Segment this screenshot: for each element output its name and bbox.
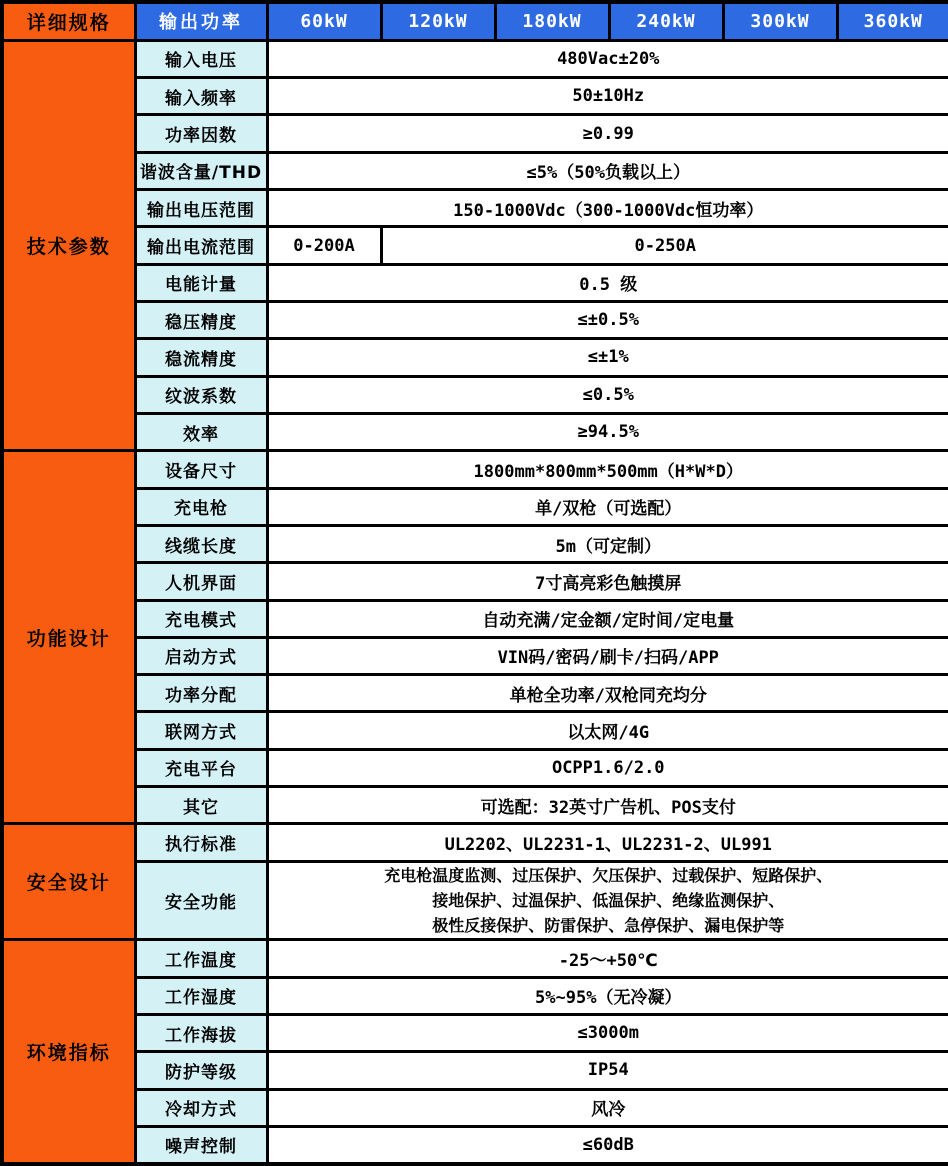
spec-row-output-current: 输出电流范围 0-200A 0-250A: [2, 227, 948, 264]
spec-row: 功能设计 设备尺寸 1800mm*800mm*500mm（H*W*D）: [2, 451, 948, 488]
row-label-cell: 谐波含量/THD: [135, 152, 267, 189]
row-value-cell: 风冷: [267, 1089, 948, 1126]
row-label-cell: 工作海拔: [135, 1015, 267, 1052]
row-value-cell: ≤5%（50%负载以上）: [267, 152, 948, 189]
power-column-180kw: 180kW: [495, 2, 609, 40]
row-label-cell: 纹波系数: [135, 376, 267, 413]
row-value-cell: 1800mm*800mm*500mm（H*W*D）: [267, 451, 948, 488]
row-value-cell: 单枪全功率/双枪同充均分: [267, 675, 948, 712]
spec-row: 其它 可选配：32英寸广告机、POS支付: [2, 787, 948, 824]
row-value-cell-60kw: 0-200A: [267, 227, 381, 264]
row-value-cell: ≤3000m: [267, 1015, 948, 1052]
section-title-technical: 技术参数: [2, 40, 135, 450]
spec-row: 线缆长度 5m（可定制）: [2, 525, 948, 562]
row-label-cell: 功率因数: [135, 115, 267, 152]
spec-row: 功率分配 单枪全功率/双枪同充均分: [2, 675, 948, 712]
header-row: 详细规格 输出功率 60kW 120kW 180kW 240kW 300kW 3…: [2, 2, 948, 40]
spec-row: 启动方式 VIN码/密码/刷卡/扫码/APP: [2, 637, 948, 674]
spec-row: 人机界面 7寸高亮彩色触摸屏: [2, 563, 948, 600]
spec-row: 谐波含量/THD ≤5%（50%负载以上）: [2, 152, 948, 189]
row-label-cell: 电能计量: [135, 264, 267, 301]
spec-row: 充电平台 OCPP1.6/2.0: [2, 749, 948, 786]
row-label-cell: 防护等级: [135, 1052, 267, 1089]
row-value-cell: ≥94.5%: [267, 413, 948, 450]
spec-row: 纹波系数 ≤0.5%: [2, 376, 948, 413]
row-value-cell: IP54: [267, 1052, 948, 1089]
power-column-360kw: 360kW: [837, 2, 948, 40]
row-value-cell: 480Vac±20%: [267, 40, 948, 77]
row-value-cell: 自动充满/定金额/定时间/定电量: [267, 600, 948, 637]
row-label-cell: 输出电压范围: [135, 190, 267, 227]
row-label-cell: 效率: [135, 413, 267, 450]
spec-row: 技术参数 输入电压 480Vac±20%: [2, 40, 948, 77]
row-label-cell: 充电模式: [135, 600, 267, 637]
row-label-cell: 稳流精度: [135, 339, 267, 376]
section-title-environment: 环境指标: [2, 940, 135, 1164]
row-label-cell: 启动方式: [135, 637, 267, 674]
spec-row: 噪声控制 ≤60dB: [2, 1126, 948, 1164]
row-label-cell: 冷却方式: [135, 1089, 267, 1126]
spec-row: 输入频率 50±10Hz: [2, 78, 948, 115]
section-title-function: 功能设计: [2, 451, 135, 824]
spec-row: 充电模式 自动充满/定金额/定时间/定电量: [2, 600, 948, 637]
corner-cell: 详细规格: [2, 2, 135, 40]
row-label-cell: 功率分配: [135, 675, 267, 712]
row-label-cell: 安全功能: [135, 861, 267, 940]
spec-row: 防护等级 IP54: [2, 1052, 948, 1089]
row-label-cell: 输入电压: [135, 40, 267, 77]
spec-row: 冷却方式 风冷: [2, 1089, 948, 1126]
safety-functions-line-3: 极性反接保护、防雷保护、急停保护、漏电保护等: [271, 913, 947, 938]
row-label-cell: 稳压精度: [135, 302, 267, 339]
row-value-cell: VIN码/密码/刷卡/扫码/APP: [267, 637, 948, 674]
power-column-60kw: 60kW: [267, 2, 381, 40]
row-value-cell: 7寸高亮彩色触摸屏: [267, 563, 948, 600]
row-value-cell: 150-1000Vdc（300-1000Vdc恒功率）: [267, 190, 948, 227]
row-label-cell: 充电平台: [135, 749, 267, 786]
row-label-cell: 人机界面: [135, 563, 267, 600]
spec-row-safety-functions: 安全功能 充电枪温度监测、过压保护、欠压保护、过载保护、短路保护、 接地保护、过…: [2, 861, 948, 940]
row-value-cell: OCPP1.6/2.0: [267, 749, 948, 786]
row-label-cell: 噪声控制: [135, 1126, 267, 1164]
row-value-cell: ≤±0.5%: [267, 302, 948, 339]
row-value-cell-multiline: 充电枪温度监测、过压保护、欠压保护、过载保护、短路保护、 接地保护、过温保护、低…: [267, 861, 948, 940]
row-label-cell: 联网方式: [135, 712, 267, 749]
power-column-120kw: 120kW: [381, 2, 495, 40]
row-value-cell: ≤60dB: [267, 1126, 948, 1164]
power-column-240kw: 240kW: [609, 2, 723, 40]
row-value-cell: 5%~95%（无冷凝）: [267, 977, 948, 1014]
spec-row: 电能计量 0.5 级: [2, 264, 948, 301]
row-value-cell: 以太网/4G: [267, 712, 948, 749]
row-value-cell: ≤±1%: [267, 339, 948, 376]
row-label-cell: 其它: [135, 787, 267, 824]
row-value-cell: 50±10Hz: [267, 78, 948, 115]
row-value-cell: ≥0.99: [267, 115, 948, 152]
spec-row: 效率 ≥94.5%: [2, 413, 948, 450]
row-value-cell: 可选配：32英寸广告机、POS支付: [267, 787, 948, 824]
safety-functions-line-2: 接地保护、过温保护、低温保护、绝缘监测保护、: [271, 888, 947, 913]
spec-row: 联网方式 以太网/4G: [2, 712, 948, 749]
row-value-cell: 单/双枪（可选配）: [267, 488, 948, 525]
spec-row: 稳压精度 ≤±0.5%: [2, 302, 948, 339]
spec-row: 环境指标 工作温度 -25～+50℃: [2, 940, 948, 977]
spec-table: 详细规格 输出功率 60kW 120kW 180kW 240kW 300kW 3…: [0, 0, 948, 1166]
row-label-cell: 执行标准: [135, 824, 267, 861]
safety-functions-line-1: 充电枪温度监测、过压保护、欠压保护、过载保护、短路保护、: [271, 863, 947, 888]
row-value-cell-rest: 0-250A: [381, 227, 948, 264]
row-label-cell: 输出电流范围: [135, 227, 267, 264]
spec-row: 安全设计 执行标准 UL2202、UL2231-1、UL2231-2、UL991: [2, 824, 948, 861]
row-value-cell: 5m（可定制）: [267, 525, 948, 562]
row-label-cell: 工作温度: [135, 940, 267, 977]
spec-row: 稳流精度 ≤±1%: [2, 339, 948, 376]
spec-row: 充电枪 单/双枪（可选配）: [2, 488, 948, 525]
row-label-cell: 充电枪: [135, 488, 267, 525]
row-label-cell: 设备尺寸: [135, 451, 267, 488]
row-value-cell: UL2202、UL2231-1、UL2231-2、UL991: [267, 824, 948, 861]
row-value-cell: ≤0.5%: [267, 376, 948, 413]
row-value-cell: -25～+50℃: [267, 940, 948, 977]
row-value-cell: 0.5 级: [267, 264, 948, 301]
spec-row: 工作湿度 5%~95%（无冷凝）: [2, 977, 948, 1014]
row-label-cell: 线缆长度: [135, 525, 267, 562]
section-title-safety: 安全设计: [2, 824, 135, 940]
power-column-300kw: 300kW: [723, 2, 837, 40]
output-power-header: 输出功率: [135, 2, 267, 40]
spec-row: 功率因数 ≥0.99: [2, 115, 948, 152]
row-label-cell: 工作湿度: [135, 977, 267, 1014]
spec-row: 输出电压范围 150-1000Vdc（300-1000Vdc恒功率）: [2, 190, 948, 227]
spec-row: 工作海拔 ≤3000m: [2, 1015, 948, 1052]
row-label-cell: 输入频率: [135, 78, 267, 115]
